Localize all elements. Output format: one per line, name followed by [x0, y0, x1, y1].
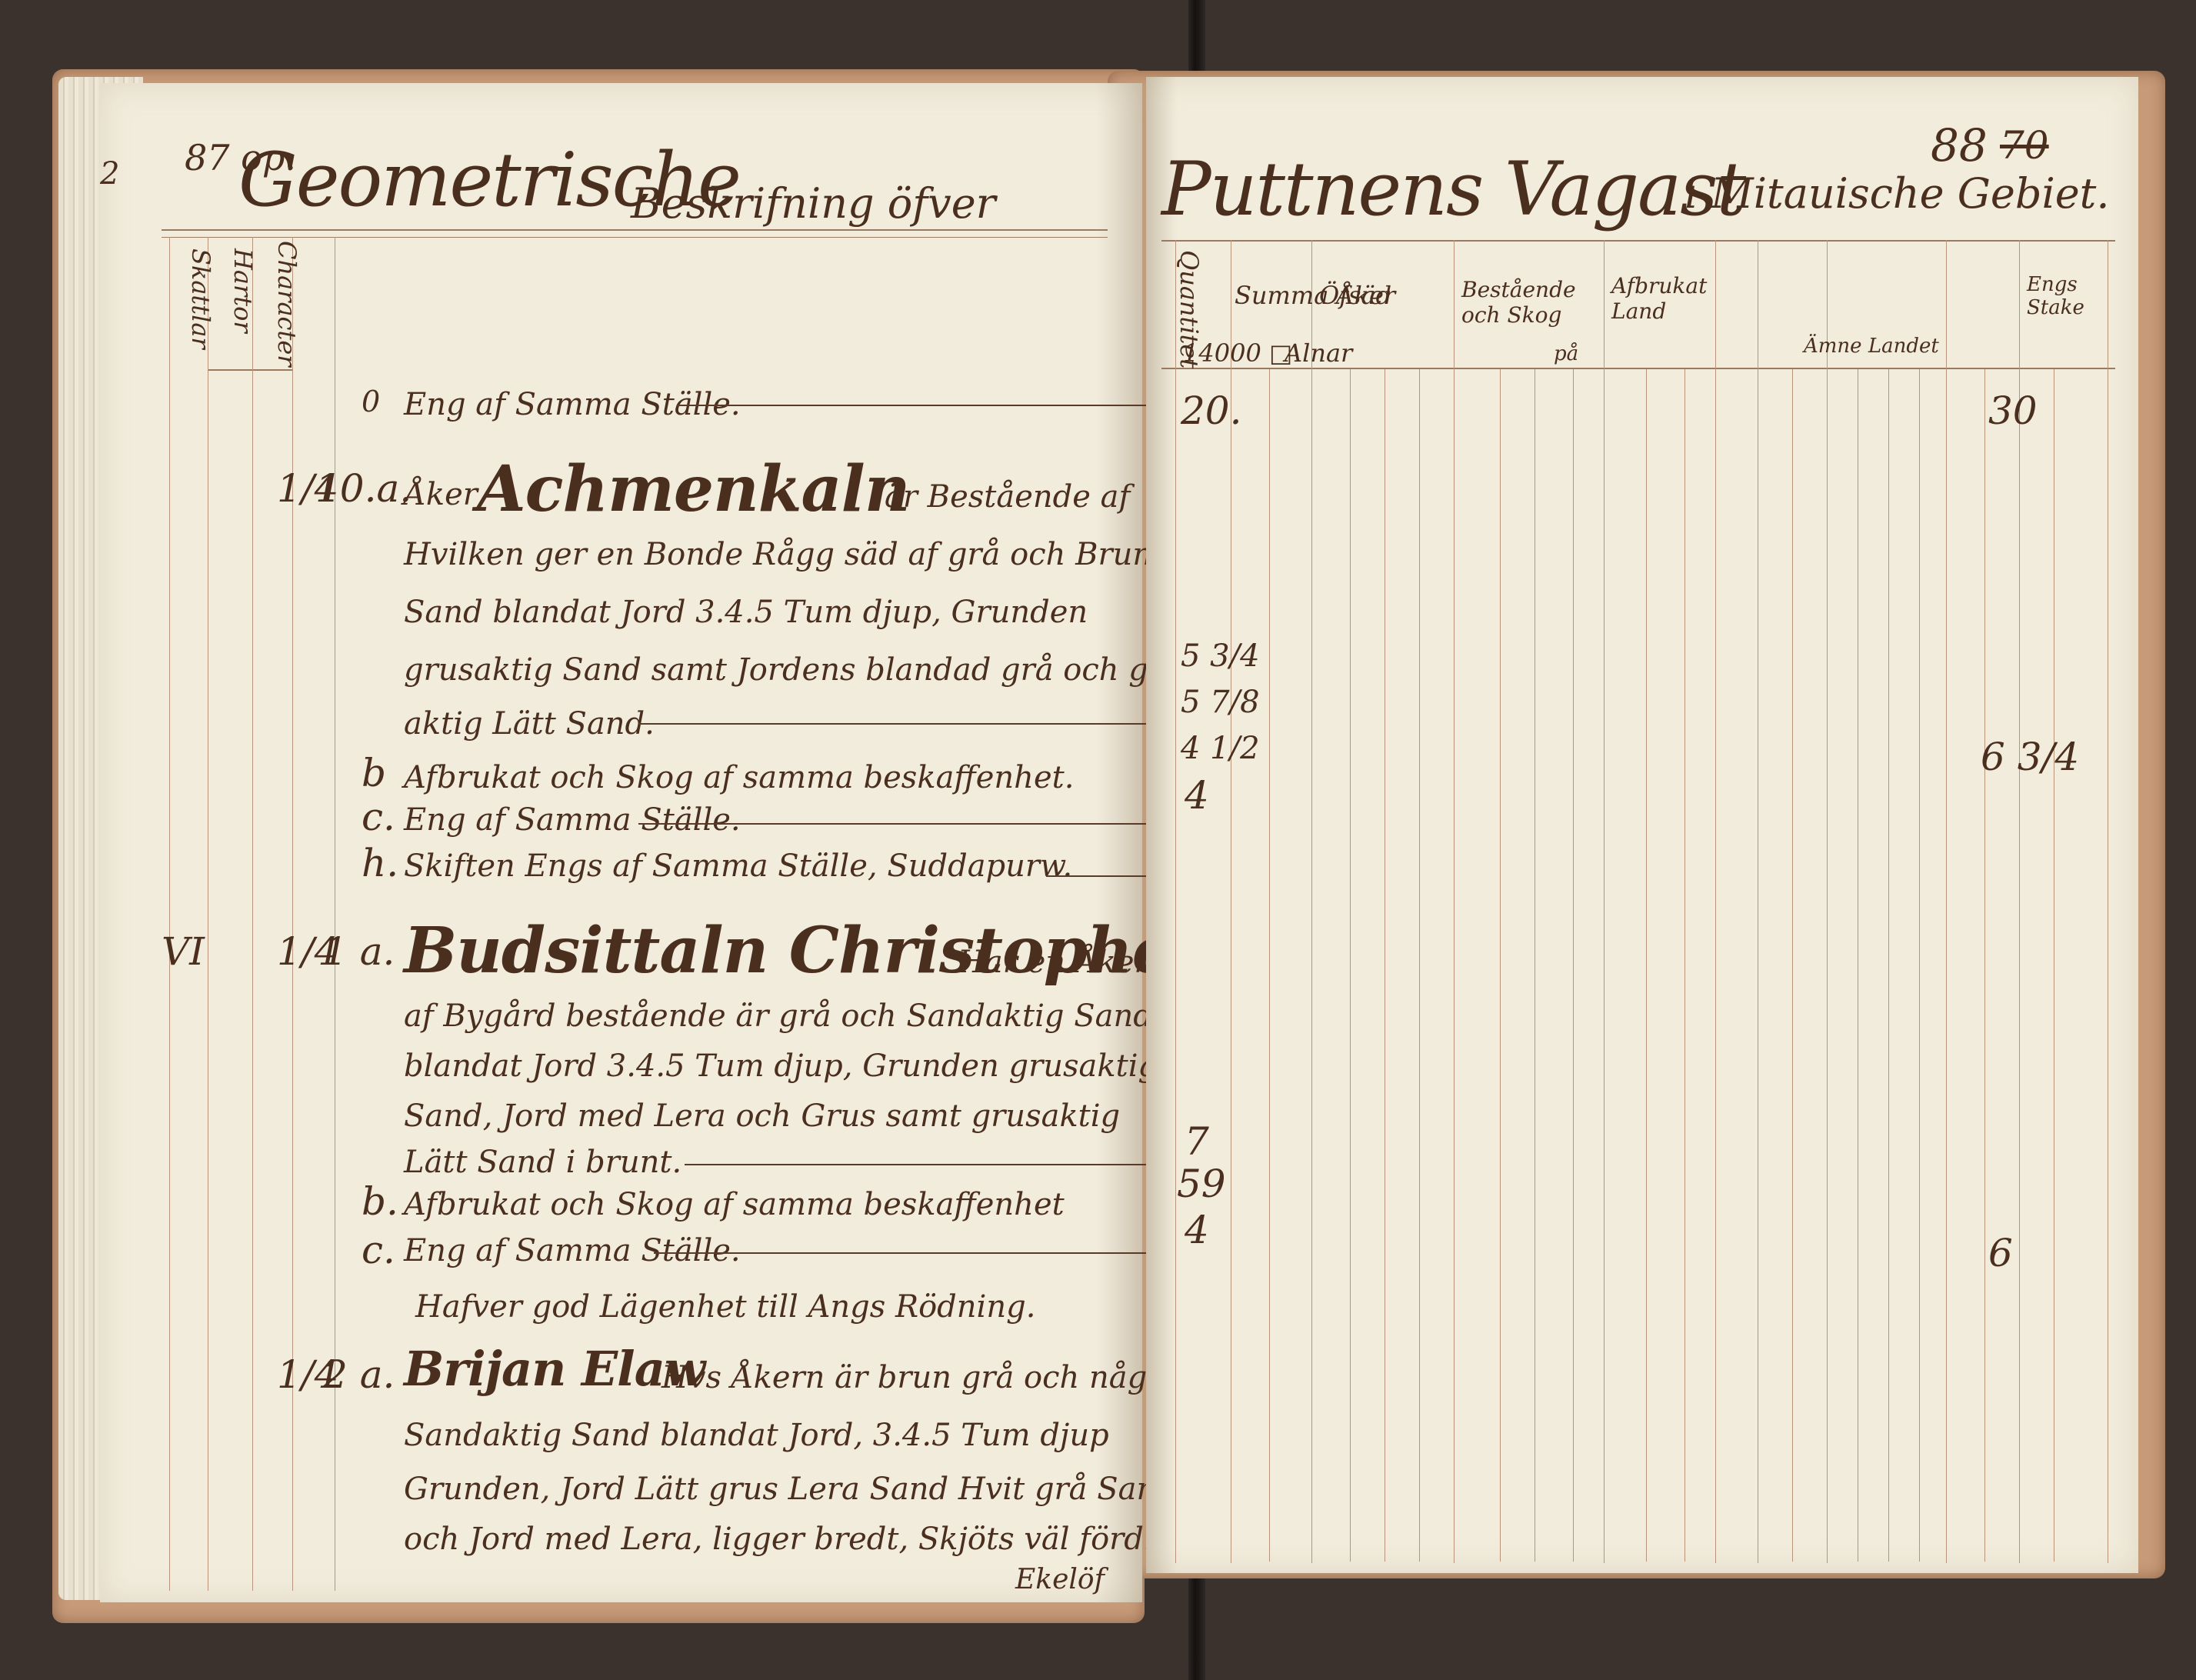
ref-label: VI — [162, 929, 205, 974]
column-line — [1350, 369, 1351, 1562]
lot-label: c. — [362, 1228, 395, 1272]
header-rule — [1161, 240, 2115, 242]
column-line — [1175, 240, 1176, 1563]
header-rule-2 — [162, 237, 1108, 238]
quantity-value: 7 — [1185, 1119, 1209, 1164]
entry-line: Afbrukat och Skog af samma beskaffenhet — [404, 1187, 1065, 1222]
farm-name: Achmenkaln — [477, 452, 909, 526]
page-title-continuation: i Mitauische Gebiet. — [1684, 169, 2110, 218]
left-page: 87 op. 2 Geometrische Beskrifning öfver … — [100, 83, 1142, 1602]
column-line — [1604, 240, 1605, 1563]
engs-value: 6 3/4 — [1981, 735, 2079, 779]
entry-line: Eng af Samma Ställe. — [404, 1233, 741, 1268]
entry-line: Hvs Åkern är brun grå och något — [661, 1360, 1178, 1395]
column-line — [1946, 240, 1947, 1563]
quantity-value: 4 — [1185, 773, 1209, 818]
column-header-character: Character — [272, 241, 302, 367]
column-header-hartor: Hartor — [228, 248, 258, 333]
column-line — [1311, 240, 1312, 1563]
column-line — [1385, 369, 1385, 1562]
entry-line: Skiften Engs af Samma Ställe, Suddapurw. — [404, 848, 1072, 884]
filler-rule — [638, 723, 1200, 725]
right-page: Puttnens Vagast i Mitauische Gebiet. 88 … — [1146, 77, 2138, 1573]
subheader-amne-landet: Ämne Landet — [1804, 335, 1939, 358]
subheader-rule — [1161, 368, 2115, 369]
column-line — [1984, 369, 1985, 1562]
entry-line: är Bestående af — [885, 479, 1130, 515]
lot-label: b. — [362, 1179, 398, 1224]
entry-line: Hafver god Lägenhet till Angs Rödning. — [415, 1289, 1035, 1325]
entry-line: grusaktig Sand samt Jordens blandad grå … — [404, 652, 1191, 688]
quantity-value: 20. — [1181, 388, 1242, 433]
page-title-continuation: Beskrifning öfver — [631, 179, 995, 228]
entry-line: Hvilken ger en Bonde Rågg säd af grå och… — [404, 537, 1152, 572]
engs-value: 6 — [1988, 1231, 2013, 1275]
column-header-rule — [208, 369, 292, 371]
entry-line: Sandaktig Sand blandat Jord, 3.4.5 Tum d… — [404, 1418, 1109, 1453]
column-line — [208, 237, 208, 1591]
entry-line: af Bygård bestående är grå och Sandaktig… — [404, 998, 1153, 1034]
entry-line: Afbrukat och Skog af samma beskaffenhet. — [404, 760, 1074, 795]
filler-rule — [677, 405, 1200, 406]
gutter-shadow — [1146, 77, 1177, 1573]
quantity-value: 4 — [1185, 1208, 1209, 1252]
entry-line: Lätt Sand i brunt. — [404, 1145, 681, 1180]
lot-label: b — [362, 751, 386, 795]
column-line — [1792, 369, 1793, 1562]
lot-label: 10.a. — [315, 466, 412, 511]
entry-line: Har en Åker — [958, 945, 1149, 980]
column-header-bestaende: Bestående och Skog — [1461, 277, 1600, 328]
filler-rule — [638, 823, 1200, 825]
column-line — [1269, 369, 1270, 1562]
filler-rule — [685, 1164, 1200, 1165]
farm-name: Brijan Elaw — [404, 1341, 705, 1397]
page-title: Puttnens Vagast — [1161, 146, 1744, 232]
lot-label: h. — [362, 841, 398, 885]
column-line — [1500, 369, 1501, 1562]
pencil-margin-mark: 2 — [100, 156, 119, 192]
lot-label: 2 a. — [323, 1352, 395, 1397]
column-line — [1827, 240, 1828, 1563]
subheader-pa: på — [1554, 342, 1578, 365]
entry-line: Grunden, Jord Lätt grus Lera Sand Hvit g… — [404, 1472, 1176, 1507]
column-line — [1919, 369, 1920, 1562]
column-header-engs: Engs Stake — [2027, 273, 2104, 319]
name-prefix: Åker — [404, 477, 478, 512]
filler-rule — [654, 1252, 1200, 1254]
entry-line: blandat Jord 3.4.5 Tum djup, Grunden gru… — [404, 1048, 1158, 1084]
column-line — [252, 237, 253, 1591]
column-line — [1888, 369, 1889, 1562]
lot-label: 0 — [362, 385, 380, 418]
quantity-value: 4 1/2 — [1181, 731, 1260, 766]
column-line — [1684, 369, 1685, 1562]
entry-line: Eng af Samma Ställe. — [404, 802, 741, 838]
entry-line: aktig Lätt Sand. — [404, 706, 655, 742]
column-line — [1231, 240, 1231, 1563]
column-line — [2019, 240, 2020, 1563]
engs-value: 30 — [1988, 388, 2038, 433]
pencil-folio-struck: 70 — [2000, 123, 2049, 168]
margin-line — [169, 237, 170, 1591]
column-line — [1454, 240, 1455, 1563]
entry-line: Sand, Jord med Lera och Grus samt grusak… — [404, 1098, 1120, 1134]
entry-line: Sand blandat Jord 3.4.5 Tum djup, Grunde… — [404, 595, 1088, 630]
column-line — [1646, 369, 1647, 1562]
header-rule — [162, 229, 1108, 231]
column-line — [1419, 369, 1420, 1562]
column-line — [1758, 240, 1758, 1563]
column-header-ofsad: Öfsäd — [1319, 281, 1391, 310]
subheader-area-unit: 14000 □ — [1183, 338, 1292, 368]
column-line — [1573, 369, 1574, 1562]
quantity-value: 5 3/4 — [1181, 638, 1260, 674]
column-line — [1715, 240, 1716, 1563]
signature: Ekelöf — [1015, 1564, 1105, 1595]
pencil-folio-number: 88 — [1931, 119, 1988, 172]
column-header-skattlar: Skattlar — [186, 248, 215, 349]
column-line — [1858, 369, 1858, 1562]
lot-label: 1 a. — [323, 929, 395, 974]
column-line — [2054, 369, 2054, 1562]
quantity-value: 59 — [1177, 1162, 1226, 1206]
subheader-alnar: Alnar — [1285, 338, 1352, 368]
lot-label: c. — [362, 795, 395, 839]
quantity-value: 5 7/8 — [1181, 685, 1260, 720]
column-line — [1535, 369, 1535, 1562]
entry-line: och Jord med Lera, ligger bredt, Skjöts … — [404, 1522, 1215, 1557]
column-header-afbrukat: Afbrukat Land — [1611, 273, 1711, 324]
column-line — [2108, 240, 2108, 1563]
